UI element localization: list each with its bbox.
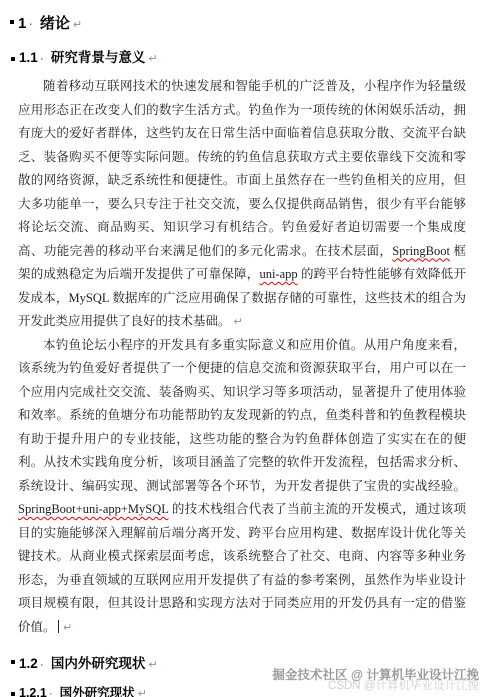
text-cursor xyxy=(58,620,60,633)
body-text: 的技术栈组合代表了当前主流的开发模式，通过该项目的实施能够深入理解前后端分离开发… xyxy=(18,502,466,634)
heading-1-2-1: 1.2.1·国外研究现状↵ xyxy=(11,683,466,697)
document-content: 1·绪论↵ 1.1·研究背景与意义↵ 随着移动互联网技术的快速发展和智能手机的广… xyxy=(0,0,483,697)
paragraph-return-icon: ↵ xyxy=(73,18,82,31)
misspelled-term: uni-app xyxy=(259,267,297,281)
outline-square-icon xyxy=(10,20,14,24)
outline-square-icon xyxy=(11,692,15,696)
paragraph-1: 随着移动互联网技术的快速发展和智能手机的广泛普及，小程序作为轻量级应用形态正在改… xyxy=(18,75,466,334)
space-mark: · xyxy=(40,657,44,671)
heading-1-1: 1.1·研究背景与意义↵ xyxy=(11,46,466,66)
space-mark: · xyxy=(49,688,53,697)
heading-number: 1.1 xyxy=(19,50,38,65)
outline-square-icon xyxy=(11,660,15,664)
heading-number: 1.2.1 xyxy=(19,686,47,697)
heading-title: 国外研究现状 xyxy=(60,686,135,697)
heading-title: 国内外研究现状 xyxy=(51,656,146,671)
paragraph-return-icon: ↵ xyxy=(63,621,72,634)
space-mark: · xyxy=(40,51,44,65)
paragraph-return-icon: ↵ xyxy=(148,658,157,671)
outline-square-icon xyxy=(11,57,15,61)
space-mark: · xyxy=(28,16,33,31)
heading-1-2: 1.2·国内外研究现状↵ xyxy=(11,652,466,672)
paragraph-return-icon: ↵ xyxy=(148,52,157,65)
paragraph-2: 本钓鱼论坛小程序的开发具有多重实际意义和应用价值。从用户角度来看，该系统为钓鱼爱… xyxy=(18,334,466,640)
paragraph-return-icon: ↵ xyxy=(138,687,147,697)
misspelled-term: SpringBoot+uni-app+MySQL xyxy=(18,502,168,516)
heading-1: 1·绪论↵ xyxy=(10,12,466,33)
heading-number: 1 xyxy=(18,15,26,32)
body-text: 本钓鱼论坛小程序的开发具有多重实际意义和应用价值。从用户角度来看，该系统为钓鱼爱… xyxy=(18,338,466,493)
heading-title: 绪论 xyxy=(40,15,70,32)
document-page: 1·绪论↵ 1.1·研究背景与意义↵ 随着移动互联网技术的快速发展和智能手机的广… xyxy=(0,0,483,697)
heading-title: 研究背景与意义 xyxy=(51,50,146,65)
body-text: 随着移动互联网技术的快速发展和智能手机的广泛普及，小程序作为轻量级应用形态正在改… xyxy=(18,79,466,258)
paragraph-return-icon: ↵ xyxy=(234,315,243,328)
misspelled-term: SpringBoot xyxy=(392,244,450,258)
heading-number: 1.2 xyxy=(19,656,38,671)
